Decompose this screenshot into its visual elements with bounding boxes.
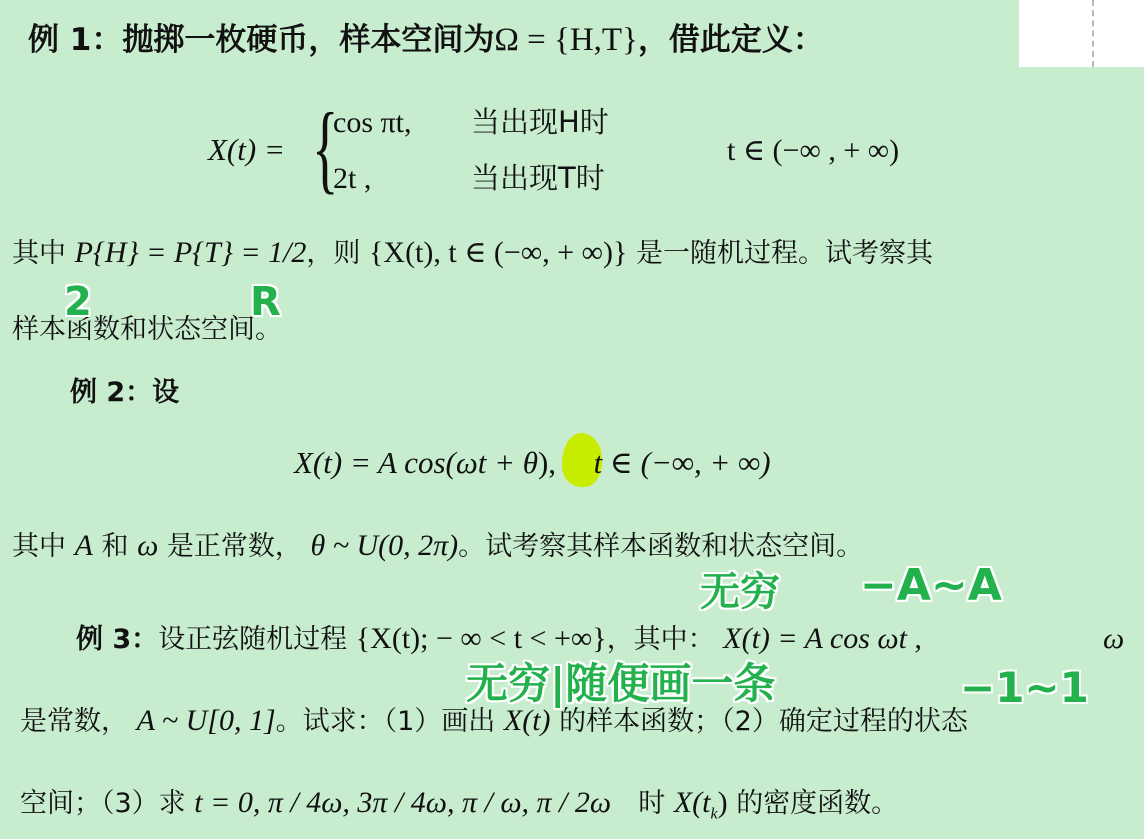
formula-theta: θ	[523, 445, 538, 480]
A-distribution: A ~ U[0, 1]	[137, 704, 276, 737]
text-prefix: 其中	[12, 531, 66, 562]
example1-text-line1: 其中 P{H} = P{T} = 1/2，则 {X(t), t ∈ (−∞, +…	[12, 236, 933, 271]
example1-case2-expr: 2t ,	[333, 162, 371, 196]
theta-distribution: θ ~ U(0, 2π)	[310, 529, 458, 562]
text-tail: 是一随机过程。试考察其	[636, 238, 933, 269]
text-mid: 时	[638, 788, 665, 819]
text-mid: 。试求：（1）画出	[276, 706, 496, 737]
example1-heading-tail: ，借此定义：	[638, 22, 824, 58]
example3-heading-text: 设正弦随机过程	[158, 624, 347, 655]
text-prefix: 是常数，	[20, 706, 128, 737]
text-mid: ，其中：	[607, 624, 715, 655]
text-and: 和	[102, 531, 129, 562]
annotation-infinite-draw-any: 无穷|随便画一条	[466, 660, 775, 708]
annotation-R: R	[250, 280, 281, 324]
example3-label: 例 3：	[76, 624, 158, 655]
example1-label: 例 1：	[28, 22, 122, 58]
example2-heading: 例 2：设	[70, 376, 179, 410]
example3-line2: 是常数， A ~ U[0, 1]。试求：（1）画出 X(t) 的样本函数；（2）…	[20, 704, 968, 739]
formula-prefix: X(t) = A cos(ωt +	[294, 445, 523, 480]
example1-heading: 例 1：抛掷一枚硬币，样本空间为Ω = {H,T}，借此定义：	[28, 20, 824, 60]
text-tail: 的密度函数。	[736, 788, 898, 819]
subscript-k: k	[710, 805, 717, 822]
process-expr: {X(t); − ∞ < t < +∞}	[356, 622, 607, 655]
example3-omega: ω	[1103, 622, 1124, 656]
t-values: t = 0, π / 4ω, 3π / 4ω, π / ω, π / 2ω	[194, 786, 611, 819]
example1-domain: t ∈ (−∞ , + ∞)	[727, 134, 899, 168]
formula-suffix: ),	[538, 445, 556, 480]
process-expr: {X(t), t ∈ (−∞, + ∞)}	[369, 236, 627, 269]
example3-line3: 空间；（3）求 t = 0, π / 4ω, 3π / 4ω, π / ω, π…	[20, 786, 898, 831]
text-prefix: 其中	[12, 238, 66, 269]
text-mid: ，则	[306, 238, 360, 269]
example1-heading-text: 抛掷一枚硬币，样本空间为	[122, 22, 494, 58]
var-A: A	[75, 529, 93, 562]
white-overlay-box	[1019, 0, 1144, 67]
example3-line1: 例 3：设正弦随机过程 {X(t); − ∞ < t < +∞}，其中： X(t…	[76, 622, 922, 657]
example1-omega-set: Ω = {H,T}	[494, 22, 638, 58]
annotation-2: 2	[64, 280, 92, 324]
annotation-infinite-1: 无穷	[700, 568, 780, 616]
example1-case1-expr: cos πt,	[333, 106, 411, 140]
var-omega: ω	[137, 529, 158, 562]
text-prefix: 空间；（3）求	[20, 788, 186, 819]
example1-text-line2: 样本函数和状态空间。	[12, 313, 282, 347]
close-paren: )	[718, 786, 728, 819]
example2-text: 其中 A 和 ω 是正常数， θ ~ U(0, 2π)。试考察其样本函数和状态空…	[12, 529, 863, 564]
annotation-minus-A-to-A: −A~A	[860, 562, 1002, 610]
example1-case2-cond: 当出现T时	[471, 161, 605, 195]
example2-formula: X(t) = A cos(ωt + θ), t ∈ (−∞, + ∞)	[294, 446, 771, 480]
example2-domain: t ∈ (−∞, + ∞)	[594, 445, 771, 480]
example1-lhs: X(t) =	[208, 133, 285, 167]
dashed-divider	[1092, 0, 1094, 67]
text-mid: 是正常数，	[167, 531, 302, 562]
xt-expr: X(t)	[504, 704, 551, 737]
probability-expr: P{H} = P{T} = 1/2	[75, 236, 307, 269]
text-tail: 。试考察其样本函数和状态空间。	[458, 531, 863, 562]
example1-case1-cond: 当出现H时	[471, 105, 609, 139]
text-tail: 的样本函数；（2）确定过程的状态	[559, 706, 968, 737]
formula: X(t) = A cos ωt ,	[723, 622, 922, 655]
annotation-minus-1-to-1: −1~1	[960, 664, 1089, 712]
xtk-expr: X(t	[674, 786, 711, 819]
